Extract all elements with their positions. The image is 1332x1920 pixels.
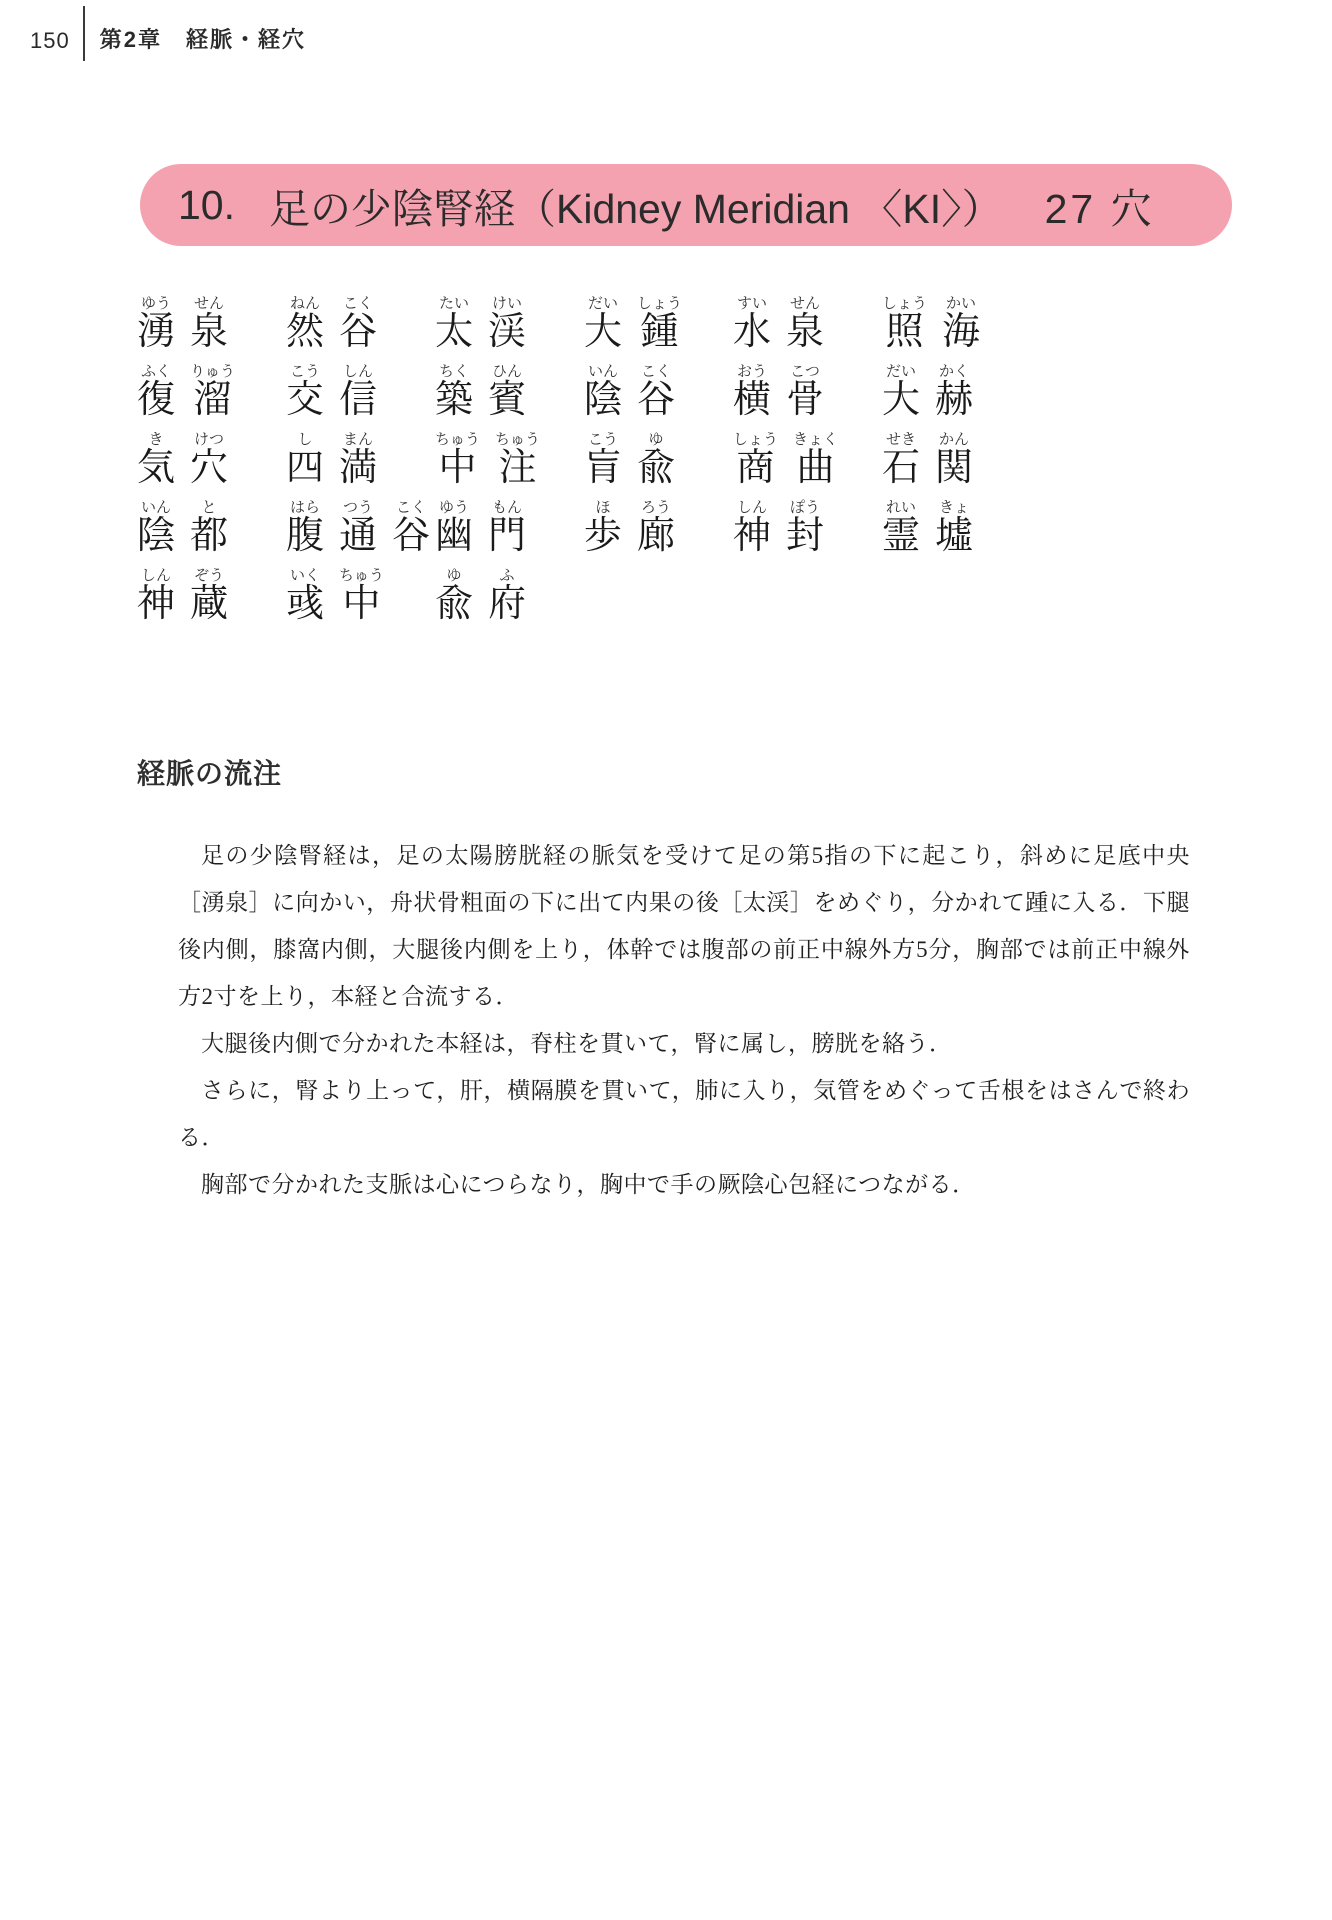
acupoint-彧中: いく彧ちゅう中 bbox=[286, 568, 435, 624]
acupoint-char: せん泉 bbox=[190, 296, 228, 352]
acupoint-char: しん信 bbox=[339, 364, 377, 420]
acupoint-照海: しょう照かい海 bbox=[882, 296, 1031, 352]
acupoint-太渓: たい太けい渓 bbox=[435, 296, 584, 352]
acupoint-築賓: ちく築ひん賓 bbox=[435, 364, 584, 420]
acupoint-char: ちゅう注 bbox=[495, 432, 540, 488]
acupoint-商曲: しょう商きょく曲 bbox=[733, 432, 882, 488]
acupoint-中注: ちゅう中ちゅう注 bbox=[435, 432, 584, 488]
acupoint-大赫: だい大かく赫 bbox=[882, 364, 1031, 420]
acupoint-水泉: すい水せん泉 bbox=[733, 296, 882, 352]
acupoint-char: いん陰 bbox=[584, 364, 622, 420]
acupoint-row: ゆう湧せん泉ねん然こく谷たい太けい渓だい大しょう鍾すい水せん泉しょう照かい海 bbox=[137, 284, 1031, 352]
acupoint-char: ゆう幽 bbox=[435, 500, 473, 556]
acupoint-湧泉: ゆう湧せん泉 bbox=[137, 296, 286, 352]
flow-section-heading: 経脈の流注 bbox=[137, 752, 282, 792]
acupoint-char: せん泉 bbox=[786, 296, 824, 352]
acupoint-char: ろう廊 bbox=[637, 500, 675, 556]
acupoint-char: れい霊 bbox=[882, 500, 920, 556]
acupoint-char: こく谷 bbox=[392, 500, 430, 556]
acupoint-霊墟: れい霊きょ墟 bbox=[882, 500, 1031, 556]
acupoint-row: しん神ぞう蔵いく彧ちゅう中ゆ兪ふ府 bbox=[137, 556, 1031, 624]
banner-number: 10. bbox=[178, 182, 235, 229]
acupoint-char: おう横 bbox=[733, 364, 771, 420]
acupoint-char: ちゅう中 bbox=[435, 432, 480, 488]
acupoint-char: もん門 bbox=[488, 500, 526, 556]
acupoint-char: し四 bbox=[286, 432, 324, 488]
acupoint-row: いん陰と都はら腹つう通こく谷ゆう幽もん門ほ歩ろう廊しん神ぽう封れい霊きょ墟 bbox=[137, 488, 1031, 556]
acupoint-char: ほ歩 bbox=[584, 500, 622, 556]
acupoint-char: ちゅう中 bbox=[339, 568, 384, 624]
acupoint-char: しょう鍾 bbox=[637, 296, 682, 352]
acupoint-char: かん関 bbox=[935, 432, 973, 488]
acupoint-char: こう肓 bbox=[584, 432, 622, 488]
acupoint-char: こつ骨 bbox=[786, 364, 824, 420]
banner-point-count: 27 穴 bbox=[1045, 176, 1155, 235]
acupoint-char: けい渓 bbox=[488, 296, 526, 352]
flow-paragraph: 大腿後内側で分かれた本経は，脊柱を貫いて，腎に属し，膀胱を絡う． bbox=[178, 1020, 1190, 1067]
acupoint-然谷: ねん然こく谷 bbox=[286, 296, 435, 352]
acupoint-char: ゆ兪 bbox=[637, 432, 675, 488]
acupoint-char: まん満 bbox=[339, 432, 377, 488]
acupoint-肓兪: こう肓ゆ兪 bbox=[584, 432, 733, 488]
flow-paragraph: 胸部で分かれた支脈は心につらなり，胸中で手の厥陰心包経につながる． bbox=[178, 1161, 1190, 1208]
acupoint-陰谷: いん陰こく谷 bbox=[584, 364, 733, 420]
flow-section-body: 足の少陰腎経は，足の太陽膀胱経の脈気を受けて足の第5指の下に起こり，斜めに足底中… bbox=[178, 832, 1190, 1208]
acupoint-石関: せき石かん関 bbox=[882, 432, 1031, 488]
acupoint-char: すい水 bbox=[733, 296, 771, 352]
acupoint-char: けつ穴 bbox=[190, 432, 228, 488]
acupoint-char: だい大 bbox=[584, 296, 622, 352]
page-number: 150 bbox=[30, 28, 70, 54]
acupoint-row: ふく復りゅう溜こう交しん信ちく築ひん賓いん陰こく谷おう横こつ骨だい大かく赫 bbox=[137, 352, 1031, 420]
acupoint-char: と都 bbox=[190, 500, 228, 556]
acupoint-char: いく彧 bbox=[286, 568, 324, 624]
acupoint-char: しん神 bbox=[137, 568, 175, 624]
acupoint-char: いん陰 bbox=[137, 500, 175, 556]
acupoint-char: きょ墟 bbox=[935, 500, 973, 556]
acupoint-char: ひん賓 bbox=[488, 364, 526, 420]
acupoint-char: しょう商 bbox=[733, 432, 778, 488]
acupoint-四満: し四まん満 bbox=[286, 432, 435, 488]
acupoint-交信: こう交しん信 bbox=[286, 364, 435, 420]
acupoint-char: はら腹 bbox=[286, 500, 324, 556]
flow-paragraph: さらに，腎より上って，肝，横隔膜を貫いて，肺に入り，気管をめぐって舌根をはさんで… bbox=[178, 1067, 1190, 1161]
acupoint-char: ゆう湧 bbox=[137, 296, 175, 352]
acupoint-char: ぞう蔵 bbox=[190, 568, 228, 624]
chapter-title: 第2章 経脈・経穴 bbox=[100, 23, 306, 54]
acupoint-char: だい大 bbox=[882, 364, 920, 420]
acupoint-大鍾: だい大しょう鍾 bbox=[584, 296, 733, 352]
flow-paragraph: 足の少陰腎経は，足の太陽膀胱経の脈気を受けて足の第5指の下に起こり，斜めに足底中… bbox=[178, 832, 1190, 1020]
acupoint-char: こく谷 bbox=[339, 296, 377, 352]
acupoint-char: せき石 bbox=[882, 432, 920, 488]
meridian-banner: 10. 足の少陰腎経（Kidney Meridian 〈KI〉） 27 穴 bbox=[140, 164, 1232, 246]
acupoint-char: こく谷 bbox=[637, 364, 675, 420]
acupoint-神蔵: しん神ぞう蔵 bbox=[137, 568, 286, 624]
acupoint-char: ちく築 bbox=[435, 364, 473, 420]
banner-title: 足の少陰腎経（Kidney Meridian 〈KI〉） bbox=[269, 176, 1003, 235]
acupoint-char: つう通 bbox=[339, 500, 377, 556]
acupoint-char: しん神 bbox=[733, 500, 771, 556]
acupoint-腹通谷: はら腹つう通こく谷 bbox=[286, 500, 435, 556]
acupoint-char: き気 bbox=[137, 432, 175, 488]
header-divider bbox=[83, 6, 85, 61]
acupoint-神封: しん神ぽう封 bbox=[733, 500, 882, 556]
book-page: 150 第2章 経脈・経穴 10. 足の少陰腎経（Kidney Meridian… bbox=[0, 0, 1332, 1920]
acupoint-char: かく赫 bbox=[935, 364, 973, 420]
acupoint-char: ふ府 bbox=[488, 568, 526, 624]
acupoint-char: たい太 bbox=[435, 296, 473, 352]
running-header: 150 第2章 経脈・経穴 bbox=[30, 6, 306, 61]
acupoint-char: かい海 bbox=[942, 296, 980, 352]
acupoint-復溜: ふく復りゅう溜 bbox=[137, 364, 286, 420]
acupoint-陰都: いん陰と都 bbox=[137, 500, 286, 556]
acupoint-char: ふく復 bbox=[137, 364, 175, 420]
acupoint-char: ゆ兪 bbox=[435, 568, 473, 624]
acupoint-row: き気けつ穴し四まん満ちゅう中ちゅう注こう肓ゆ兪しょう商きょく曲せき石かん関 bbox=[137, 420, 1031, 488]
acupoint-char: ねん然 bbox=[286, 296, 324, 352]
acupoint-grid: ゆう湧せん泉ねん然こく谷たい太けい渓だい大しょう鍾すい水せん泉しょう照かい海ふく… bbox=[137, 284, 1031, 624]
acupoint-char: こう交 bbox=[286, 364, 324, 420]
acupoint-歩廊: ほ歩ろう廊 bbox=[584, 500, 733, 556]
acupoint-char: しょう照 bbox=[882, 296, 927, 352]
acupoint-幽門: ゆう幽もん門 bbox=[435, 500, 584, 556]
acupoint-兪府: ゆ兪ふ府 bbox=[435, 568, 584, 624]
acupoint-char: りゅう溜 bbox=[190, 364, 235, 420]
acupoint-char: ぽう封 bbox=[786, 500, 824, 556]
acupoint-char: きょく曲 bbox=[793, 432, 838, 488]
acupoint-横骨: おう横こつ骨 bbox=[733, 364, 882, 420]
acupoint-気穴: き気けつ穴 bbox=[137, 432, 286, 488]
